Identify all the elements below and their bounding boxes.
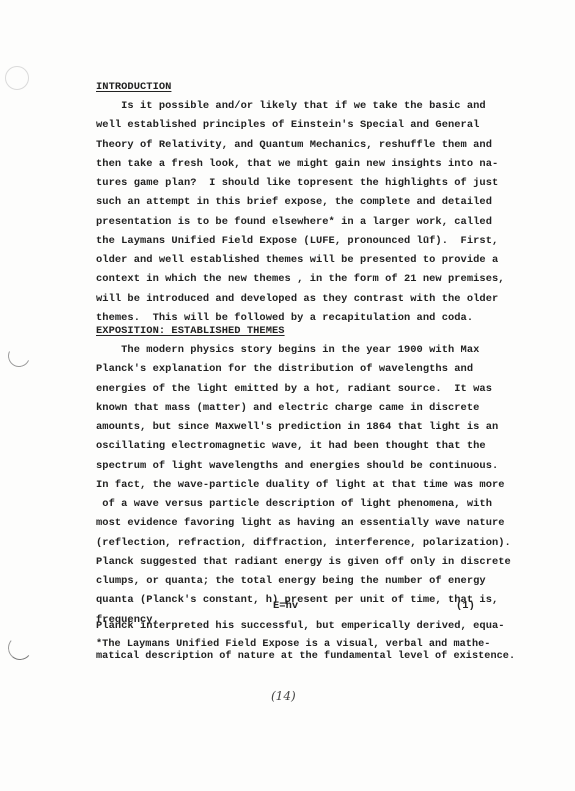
text-line: context in which the new themes , in the… — [96, 273, 505, 285]
footnote-line: matical description of nature at the fun… — [96, 651, 515, 662]
text-line: most evidence favoring light as having a… — [96, 517, 505, 529]
text-line: the Laymans Unified Field Expose (LUFE, … — [96, 235, 498, 247]
text-line: In fact, the wave-particle duality of li… — [96, 479, 505, 491]
text-line: Planck's explanation for the distributio… — [96, 363, 473, 375]
exposition-heading: EXPOSITION: ESTABLISHED THEMES — [96, 325, 285, 337]
text-line: well established principles of Einstein'… — [96, 119, 479, 131]
text-line: of a wave versus particle description of… — [96, 498, 492, 510]
footnote-line: *The Laymans Unified Field Expose is a v… — [96, 639, 490, 650]
equation: E=hv — [273, 600, 298, 612]
text-line: then take a fresh look, that we might ga… — [96, 158, 498, 170]
text-line: Is it possible and/or likely that if we … — [96, 100, 486, 112]
text-line: spectrum of light wavelengths and energi… — [96, 460, 498, 472]
document-page: INTRODUCTION Is it possible and/or likel… — [0, 0, 575, 791]
text-line: such an attempt in this brief expose, th… — [96, 196, 492, 208]
continuation-line: Planck interpreted his successful, but e… — [96, 620, 505, 632]
punch-hole-mark — [5, 342, 33, 370]
text-line: (reflection, refraction, diffraction, in… — [96, 537, 511, 549]
intro-heading: INTRODUCTION — [96, 81, 171, 93]
punch-hole-mark — [7, 635, 33, 661]
punch-hole-mark — [5, 66, 29, 90]
text-line: amounts, but since Maxwell's prediction … — [96, 421, 498, 433]
text-line: oscillating electromagnetic wave, it had… — [96, 440, 486, 452]
text-line: tures game plan? I should like topresent… — [96, 177, 498, 189]
equation-number: (1) — [456, 600, 475, 612]
text-line: The modern physics story begins in the y… — [96, 344, 479, 356]
text-line: Theory of Relativity, and Quantum Mechan… — [96, 139, 492, 151]
text-line: energies of the light emitted by a hot, … — [96, 383, 492, 395]
text-line: themes. This will be followed by a recap… — [96, 312, 473, 324]
page-number: (14) — [271, 689, 296, 703]
text-line: presentation is to be found elsewhere* i… — [96, 216, 492, 228]
text-line: clumps, or quanta; the total energy bein… — [96, 575, 486, 587]
text-line: Planck suggested that radiant energy is … — [96, 556, 511, 568]
text-line: will be introduced and developed as they… — [96, 293, 498, 305]
text-line: known that mass (matter) and electric ch… — [96, 402, 479, 414]
text-line: older and well established themes will b… — [96, 254, 498, 266]
